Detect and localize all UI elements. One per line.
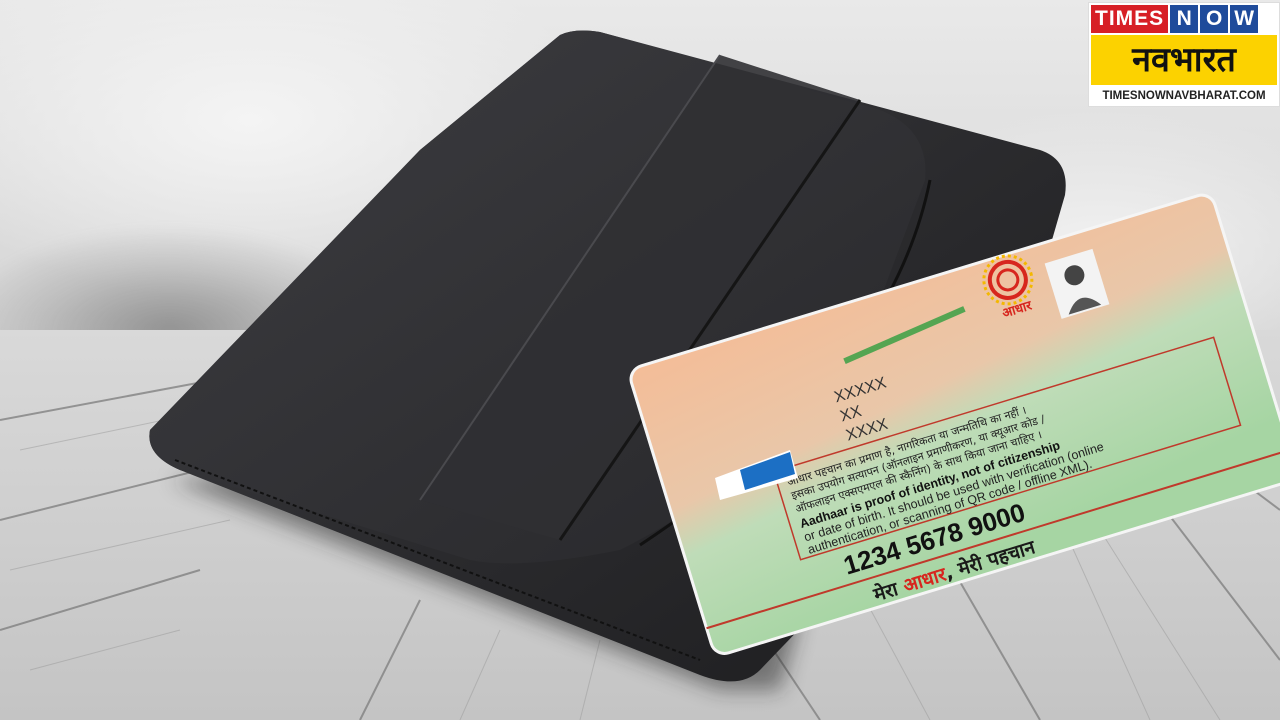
- logo-website: TIMESNOWNAVBHARAT.COM: [1089, 87, 1279, 105]
- aadhaar-card: आधार XXXXX XX XXXX आधार पहचान का प्रमाण …: [0, 0, 1280, 720]
- photo-scene: आधार XXXXX XX XXXX आधार पहचान का प्रमाण …: [0, 0, 1280, 720]
- logo-hindi-text: नवभारत: [1091, 35, 1277, 85]
- times-now-navbharat-logo: TIMES N O W नवभारत TIMESNOWNAVBHARAT.COM: [1088, 2, 1280, 107]
- logo-now-text: N O W: [1170, 5, 1258, 33]
- logo-times-text: TIMES: [1091, 5, 1168, 33]
